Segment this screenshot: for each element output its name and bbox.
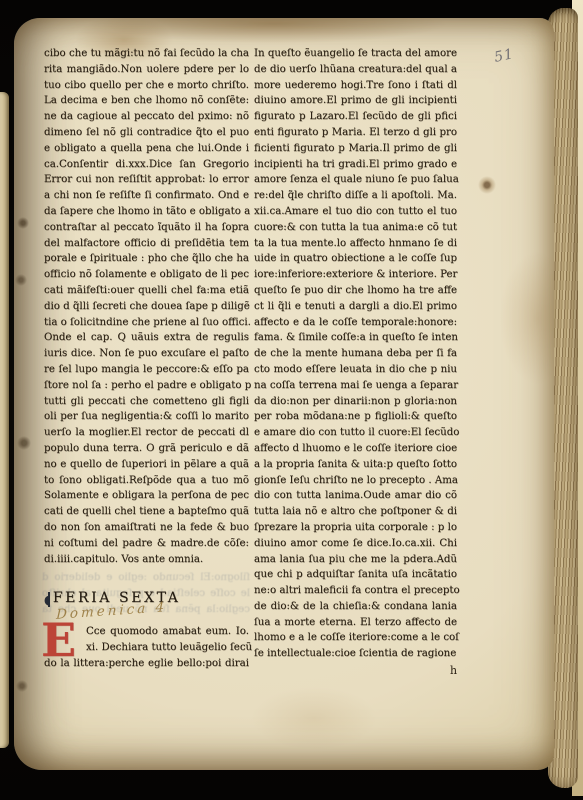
text-line: ne:o altri maleficii fa contra el precep… (254, 583, 457, 599)
text-line: tutta laia nõ e altro che poſtponer & di (254, 504, 457, 520)
text-line: dimeno ſel nõ gli contradice q̃to el puo (44, 125, 249, 141)
text-line: dio d q̃lli ſecreti che douea ſape p dil… (44, 299, 249, 315)
text-line: fama. & ſimile coſſe:a in queſto ſe inte… (254, 330, 457, 346)
text-line: na coſſa terrena mai ſe uenga a ſeparar (254, 378, 457, 394)
text-line: xi. Dechiara tutto leuãgelio ſecũ (44, 640, 249, 656)
text-line: oli per ſua negligentia:& coſſi lo marit… (44, 409, 249, 425)
text-line: affecto d lhuomo e le coſſe iteriore cio… (254, 441, 457, 457)
text-line: diuino amore.El primo de gli incipienti (254, 93, 457, 109)
text-line: dio con tutta lanima.Oude amar dio cõ (254, 488, 457, 504)
text-line: uide in quatro obiectione a le coſſe ſup (254, 251, 457, 267)
text-line: ct li q̃li e tenuti a dargli a dio.El pr… (254, 299, 457, 315)
text-line: cibo che tu mãgi:tu nõ fai ſecũdo la cha (44, 46, 249, 62)
text-line: ta la tua mente.lo affecto hnmano ſe di (254, 236, 457, 252)
text-line: ne da cagioue al peccato del pximo: nõ (44, 109, 249, 125)
text-line: more uederemo hogi.Tre ſono i ſtati dl (254, 78, 457, 94)
text-line: uerſo la moglier.El rector de peccati dl (44, 425, 249, 441)
text-line: cati mãifeſti:ouer quelli chel fa:ma eti… (44, 283, 249, 299)
text-line: re:del q̃le chriſto diſſe a li apoſtoli.… (254, 188, 457, 204)
text-line: a la propria ſanita & uita:p queſto ſott… (254, 457, 457, 473)
folio-number: 51 (494, 46, 513, 66)
text-line: cati de quelli chel tiene a bapteſmo quã (44, 504, 249, 520)
text-line: de dio:& de la chieſia:& condana lania (254, 599, 457, 615)
text-line: ca.Conſentir di.xxx.Dice ſan Gregorio (44, 157, 249, 173)
text-line: e obligato a quella pena che lui.Onde i (44, 141, 249, 157)
text-line: populo duna terra. O grã periculo e dã (44, 441, 249, 457)
facing-page-edge (0, 92, 9, 748)
text-line: ſprezare la propria uita corporale : p l… (254, 520, 457, 536)
text-line: di.iiii.capitulo. Vos ante omnia. (44, 552, 249, 568)
text-line: Error cui non reſiſtit approbat: lo erro… (44, 172, 249, 188)
text-line: do non ſon amaiſtrati ne la fede & buo (44, 520, 249, 536)
text-line: incipienti ha tri gradi.El primo grado e (254, 157, 457, 173)
text-line: Cce quomodo amabat eum. Io. (44, 624, 249, 640)
text-line: officio nõ ſolamente e obligato de li pe… (44, 267, 249, 283)
right-text-column: In queſto ẽuangelio ſe tracta del amored… (254, 46, 457, 662)
text-line: de dio uerſo lhũana creatura:del qual a (254, 62, 457, 78)
text-line: que chi p adquiſtar ſanita uſa incãtatio (254, 567, 457, 583)
text-line: re ſel lupo mangia le peccore:& eſſo pa (44, 362, 249, 378)
text-line: ſe intellectuale:cioe ſcientia de ragion… (254, 646, 457, 662)
book-photo: 51 cibo che tu mãgi:tu nõ fai ſecũdo la … (0, 0, 583, 800)
text-line: cuore:& con tutta la tua anima:e cõ tut (254, 220, 457, 236)
text-line: tutti gli peccati che cometteno gli figl… (44, 394, 249, 410)
text-line: In queſto ẽuangelio ſe tracta del amore (254, 46, 457, 62)
text-line: La decima e ben che lhomo nõ conſẽte: (44, 93, 249, 109)
text-line: ni coſtumi del padre & madre.de cõſe: (44, 536, 249, 552)
text-line: diuino amor come ſe dice.Io.ca.xii. Chi (254, 536, 457, 552)
gospel-paragraph: Cce quomodo amabat eum. Io. xi. Dechiara… (44, 624, 249, 671)
text-line: porale e ſpirituale : pho che q̃llo che … (44, 251, 249, 267)
text-line: affecto e da le coſſe temporale:honore: (254, 315, 457, 331)
text-line: xii.ca.Amare el tuo dio con tutto el tuo (254, 204, 457, 220)
text-line: gionſe Ieſu chriſto ne lo precepto . Ama (254, 473, 457, 489)
text-line: enti figurato p Maria. El terzo d gli pr… (254, 125, 457, 141)
text-line: ſua a morte eterna. El terzo affecto de (254, 615, 457, 631)
text-line: lhomo e a le coſſe iteriore:come a le co… (254, 630, 457, 646)
text-line: no e quello de ſuperiori in pẽlare a quã (44, 457, 249, 473)
paraph-bar (48, 592, 50, 607)
text-line: iore:inferiore:exteriore & interiore. Pe… (254, 267, 457, 283)
text-line: figurato p Lazaro.El ſecũdo de gli pfici (254, 109, 457, 125)
text-line: del malfactore officio di preſidẽtia tem (44, 236, 249, 252)
text-line: to ſono obligati.Reſpõde qua a tuo mõ (44, 473, 249, 489)
text-line: contraſtar al peccato ĩquãto il ha ſopra (44, 220, 249, 236)
text-line: ama lania ſua piu che me la pdera.Adũ (254, 552, 457, 568)
text-line: a chi non ſe reſiſte ſi confirmato. Ond … (44, 188, 249, 204)
catchword: h (450, 664, 457, 677)
text-line: Onde el cap. Q uãuis extra de regulis (44, 330, 249, 346)
left-text-column: cibo che tu mãgi:tu nõ fai ſecũdo la cha… (44, 46, 249, 567)
text-line: amore ſenza el quale niuno ſe puo ſalua (254, 172, 457, 188)
paraph-icon: ◖ (44, 592, 50, 608)
text-line: ficienti figurato p Maria.Il primo de gl… (254, 141, 457, 157)
text-line: per roba mõdana:ne p figlioli:& queſto (254, 409, 457, 425)
text-line: rita mangiãdo.Non uolere pdere per lo (44, 62, 249, 78)
text-line: cto modo eſſere leuata in dio che p niu (254, 362, 457, 378)
text-line: Solamente e obligara la perſona de pec (44, 488, 249, 504)
text-line: ſtore nol ſa : perho el padre e obligato… (44, 378, 249, 394)
text-line: da ſapere che lhomo in tãto e obligato a (44, 204, 249, 220)
text-line: ſilogno:El ſecundo :eglio e deliderio d (42, 570, 250, 586)
text-line: iuris dice. Non ſe puo excuſare el paſto (44, 346, 249, 362)
text-line: do la littera:perche eglie bello:poi dir… (44, 656, 249, 672)
text-line: de che la mente humana deba per ſi fa (254, 346, 457, 362)
text-line: tuo cibo quello per che e morto chriſto. (44, 78, 249, 94)
text-line: e amare dio con tutto il cuore:El ſecũdo (254, 425, 457, 441)
text-line: da dio:non per dinarii:non p gloria:non (254, 394, 457, 410)
book-page: 51 cibo che tu mãgi:tu nõ fai ſecũdo la … (14, 18, 554, 770)
text-line: queſto ſe puo dir che lhomo ha tre affe (254, 283, 457, 299)
text-line: tia o ſolicitndine che priene al ſuo off… (44, 315, 249, 331)
